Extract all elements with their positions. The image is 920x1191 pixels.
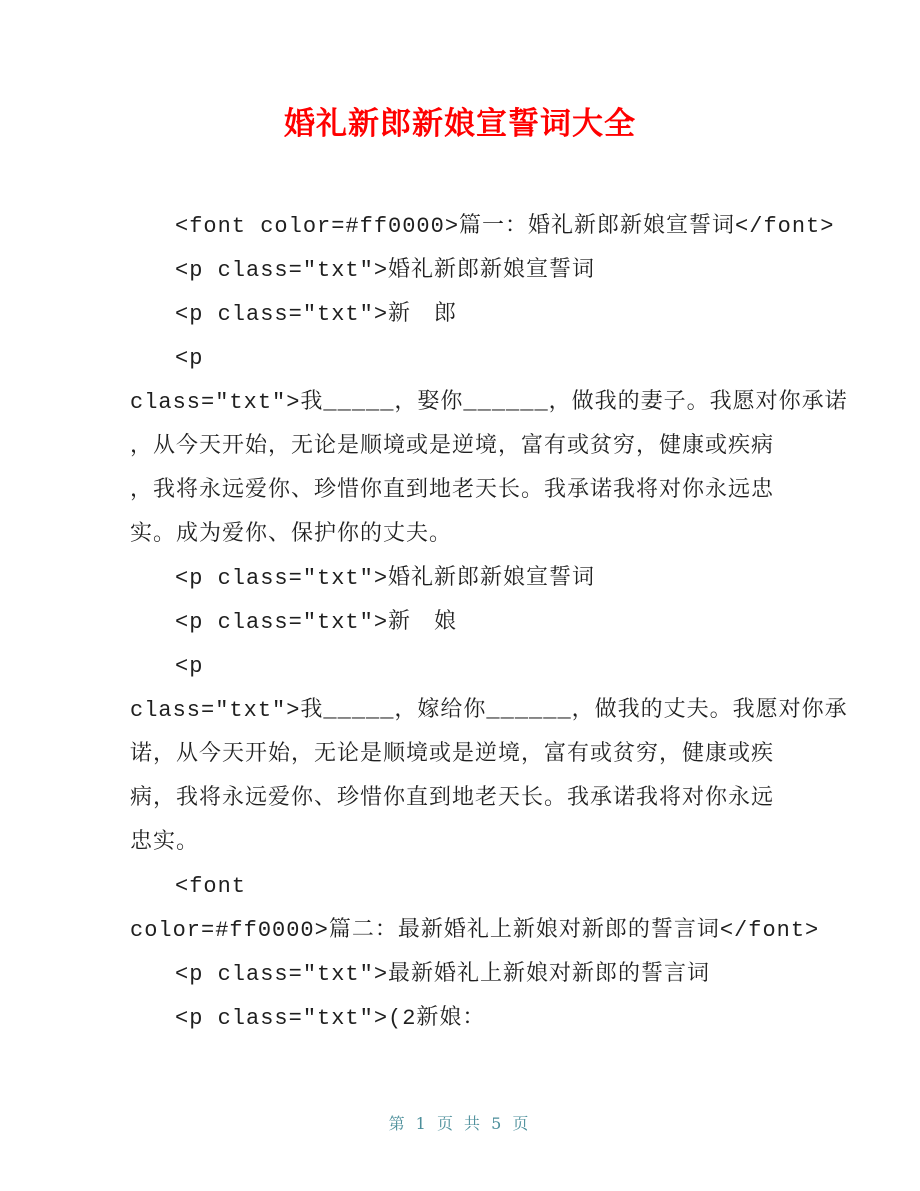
document-page: 婚礼新郎新娘宣誓词大全 <font color=#ff0000>篇一：婚礼新郎新… — [0, 0, 920, 1191]
body-text-line: 实。成为爱你、保护你的丈夫。 — [130, 513, 782, 557]
document-body: <font color=#ff0000>篇一：婚礼新郎新娘宣誓词</font><… — [130, 205, 782, 1041]
body-text-line: <p — [130, 337, 782, 381]
body-text-line: class="txt">我_____，嫁给你______，做我的丈夫。我愿对你承 — [130, 689, 782, 733]
body-text-line: color=#ff0000>篇二：最新婚礼上新娘对新郎的誓言词</font> — [130, 909, 782, 953]
body-text-line: 诺，从今天开始，无论是顺境或是逆境，富有或贫穷，健康或疾 — [130, 733, 782, 777]
body-text-line: class="txt">我_____，娶你______，做我的妻子。我愿对你承诺 — [130, 381, 782, 425]
body-text-line: 病，我将永远爱你、珍惜你直到地老天长。我承诺我将对你永远 — [130, 777, 782, 821]
body-text-line: <font — [130, 865, 782, 909]
body-text-line: <p class="txt">新 娘 — [130, 601, 782, 645]
body-text-line: <p class="txt">最新婚礼上新娘对新郎的誓言词 — [130, 953, 782, 997]
body-text-line: <font color=#ff0000>篇一：婚礼新郎新娘宣誓词</font> — [130, 205, 782, 249]
body-text-line: 忠实。 — [130, 821, 782, 865]
body-text-line: <p class="txt">婚礼新郎新娘宣誓词 — [130, 249, 782, 293]
page-number-text: 第 1 页 共 5 页 — [389, 1114, 532, 1133]
body-text-line: ，从今天开始，无论是顺境或是逆境，富有或贫穷，健康或疾病 — [130, 425, 782, 469]
body-text-line: <p class="txt">(2新娘： — [130, 997, 782, 1041]
body-text-line: <p class="txt">婚礼新郎新娘宣誓词 — [130, 557, 782, 601]
body-text-line: <p — [130, 645, 782, 689]
document-title: 婚礼新郎新娘宣誓词大全 — [0, 0, 920, 142]
page-footer: 第 1 页 共 5 页 — [0, 1112, 920, 1136]
body-text-line: ，我将永远爱你、珍惜你直到地老天长。我承诺我将对你永远忠 — [130, 469, 782, 513]
body-text-line: <p class="txt">新 郎 — [130, 293, 782, 337]
